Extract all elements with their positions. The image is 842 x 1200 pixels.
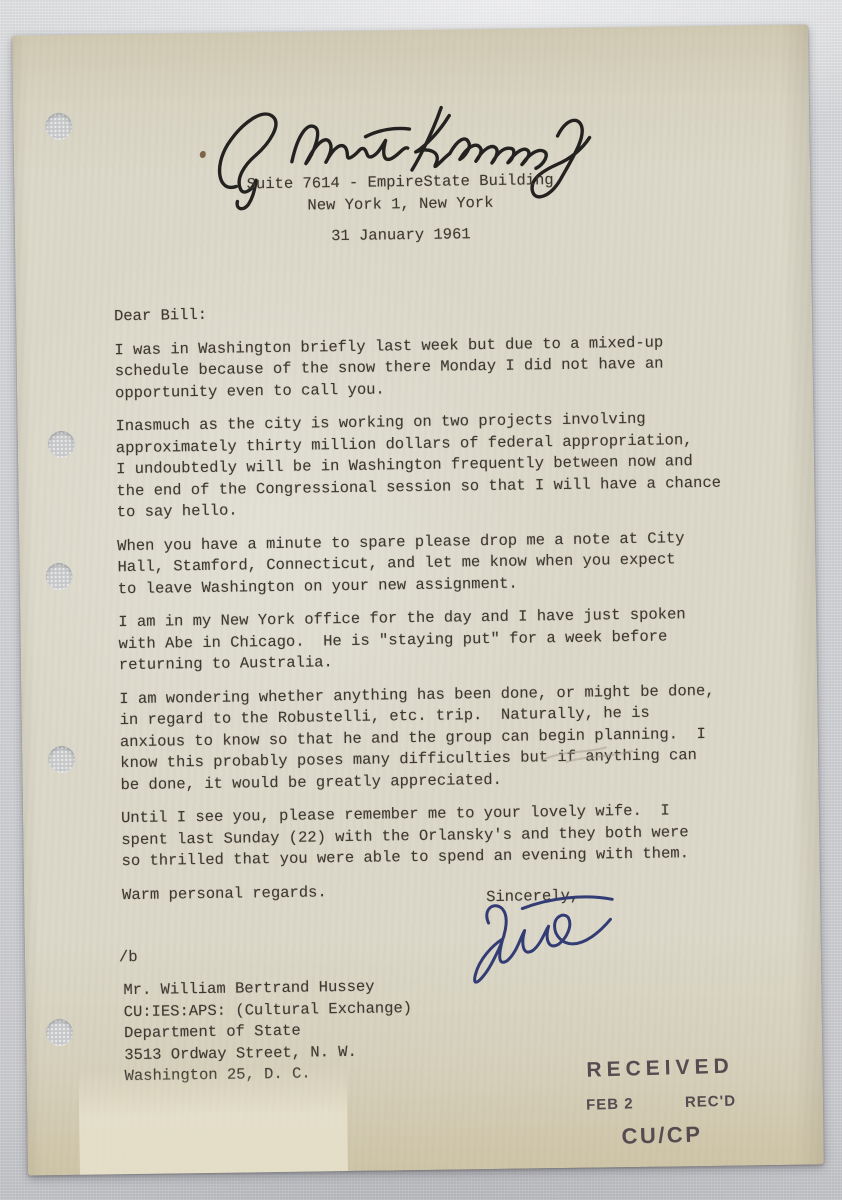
letterhead-block: Suite 7614 - EmpireState Building New Yo… bbox=[14, 167, 787, 252]
stamp-received-text: RECEIVED bbox=[554, 1054, 767, 1084]
stamp-date-row: FEB 2 REC'D bbox=[586, 1093, 736, 1114]
closing-line: Warm personal regards. bbox=[122, 876, 766, 906]
paragraph: Inasmuch as the city is working on two p… bbox=[115, 407, 760, 523]
photo-backdrop: Suite 7614 - EmpireState Building New Yo… bbox=[0, 0, 842, 1200]
letter-date: 31 January 1961 bbox=[15, 220, 787, 252]
stamp-date: FEB 2 bbox=[586, 1095, 634, 1113]
letter-page: Suite 7614 - EmpireState Building New Yo… bbox=[12, 24, 824, 1175]
paragraph: Until I see you, please remember me to y… bbox=[121, 799, 766, 872]
punch-hole bbox=[48, 746, 75, 773]
punch-hole bbox=[45, 563, 72, 590]
walter-ink-signature bbox=[460, 889, 652, 1007]
paper-light-band bbox=[79, 1066, 348, 1175]
received-stamp: RECEIVED FEB 2 REC'D CU/CP bbox=[554, 1054, 768, 1152]
stamp-recd: REC'D bbox=[685, 1093, 737, 1111]
letter-body: Dear Bill: I was in Washington briefly l… bbox=[114, 297, 766, 918]
punch-hole bbox=[48, 431, 75, 458]
punch-hole bbox=[46, 1019, 73, 1046]
typist-initials: /b bbox=[119, 947, 138, 969]
punch-hole bbox=[45, 113, 72, 140]
stamp-office-code: CU/CP bbox=[556, 1120, 769, 1152]
paragraph: I am in my New York office for the day a… bbox=[118, 603, 763, 676]
salutation: Dear Bill: bbox=[114, 297, 758, 327]
paragraph: When you have a minute to spare please d… bbox=[117, 527, 762, 600]
pencil-smudge bbox=[540, 743, 636, 766]
paragraph: I am wondering whether anything has been… bbox=[119, 680, 764, 796]
paragraph: I was in Washington briefly last week bu… bbox=[114, 331, 759, 404]
